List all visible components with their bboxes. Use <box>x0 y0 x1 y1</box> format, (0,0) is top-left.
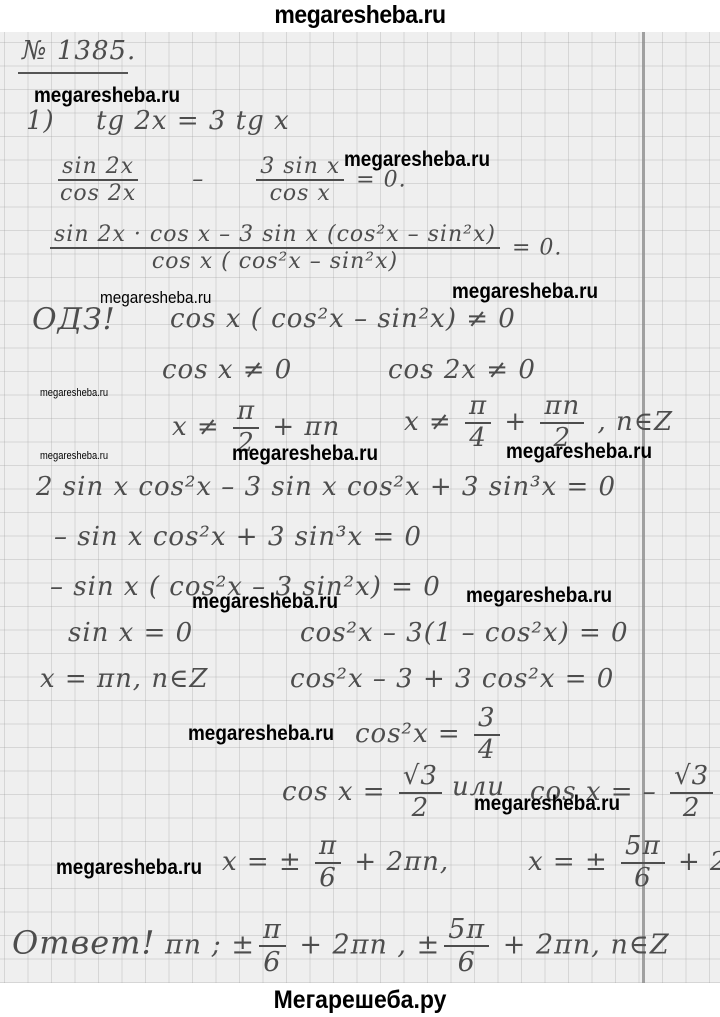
case1-eq: sin x = 0 <box>68 618 193 648</box>
watermark: megaresheba.ru <box>192 590 338 614</box>
odz-cond-right: cos 2x ≠ 0 <box>388 355 536 385</box>
step2: sin 2x · cos x – 3 sin x (cos²x – sin²x)… <box>46 222 562 275</box>
case1-sol: x = πn, n∈Z <box>40 664 208 694</box>
watermark: megaresheba.ru <box>506 440 652 464</box>
solution-2: x = ± 5π6 + 2πn. <box>528 832 720 894</box>
watermark: megaresheba.ru <box>466 584 612 608</box>
site-header: megaresheba.ru <box>29 0 691 32</box>
title-underline <box>18 72 128 74</box>
notebook-page: № 1385. 1) tg 2x = 3 tg x sin 2xcos 2x –… <box>0 32 720 983</box>
watermark: megaresheba.ru <box>40 450 108 462</box>
watermark: megaresheba.ru <box>452 280 598 304</box>
answer: Ответ! πn ; ±π6 + 2πn , ±5π6 + 2πn, n∈Z <box>12 914 670 978</box>
watermark: megaresheba.ru <box>56 856 202 880</box>
line3: 2 sin x cos²x – 3 sin x cos²x + 3 sin³x … <box>36 472 616 502</box>
watermark: megaresheba.ru <box>100 288 211 308</box>
watermark: megaresheba.ru <box>188 722 334 746</box>
watermark: megaresheba.ru <box>34 84 180 108</box>
site-footer: Мегарешеба.ру <box>29 983 691 1017</box>
case2-eq1: cos²x – 3(1 – cos²x) = 0 <box>300 618 629 648</box>
problem-number: № 1385. <box>22 36 136 66</box>
watermark: megaresheba.ru <box>232 442 378 466</box>
cos-positive: cos x = √32 <box>282 762 446 824</box>
line4: – sin x cos²x + 3 sin³x = 0 <box>54 522 422 552</box>
equation: tg 2x = 3 tg x <box>96 106 290 136</box>
odz-cond-left: cos x ≠ 0 <box>162 355 292 385</box>
case2-eq2: cos²x – 3 + 3 cos²x = 0 <box>290 664 614 694</box>
problem-part-label: 1) <box>26 106 55 136</box>
watermark: megaresheba.ru <box>40 387 108 399</box>
watermark: megaresheba.ru <box>344 148 490 172</box>
solution-1: x = ± π6 + 2πn, <box>222 832 449 894</box>
watermark: megaresheba.ru <box>474 792 620 816</box>
case2-eq3: cos²x = 34 <box>355 704 504 766</box>
odz-condition: cos x ( cos²x – sin²x) ≠ 0 <box>170 304 516 334</box>
